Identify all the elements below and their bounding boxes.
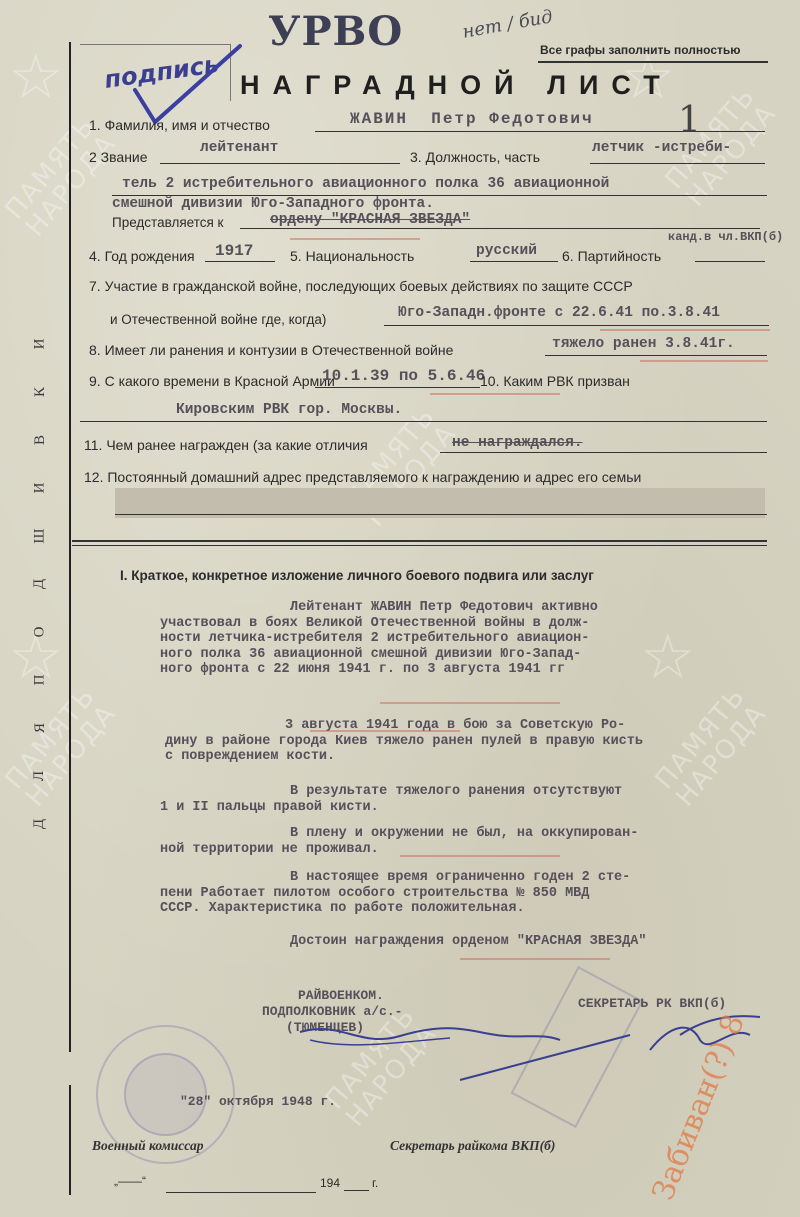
margin-line-lower bbox=[69, 1085, 71, 1195]
margin-letter: О bbox=[16, 627, 64, 638]
feat-line: ности летчика-истребителя 2 истребительн… bbox=[160, 631, 589, 646]
feat-line: пени Работает пилотом особого строительс… bbox=[160, 886, 589, 901]
field-6-label: 6. Партийность bbox=[562, 248, 661, 264]
section-divider bbox=[72, 540, 767, 542]
red-underline bbox=[640, 360, 768, 362]
feat-line: В настоящее время ограниченно годен 2 ст… bbox=[290, 870, 630, 885]
margin-letter: К bbox=[16, 387, 64, 397]
sig-left-line1: РАЙВОЕНКОМ. bbox=[298, 988, 384, 1003]
field-7-label-line1: 7. Участие в гражданской войне, последую… bbox=[89, 278, 633, 294]
margin-letter: Ш bbox=[16, 528, 64, 543]
watermark-star-icon: ☆ bbox=[640, 620, 696, 694]
fill-instruction: Все графы заполнить полностью bbox=[540, 43, 741, 57]
field-1-value: ЖАВИН Петр Федотович bbox=[350, 110, 594, 128]
blank-date-suffix: г. bbox=[372, 1176, 378, 1190]
feat-line: В результате тяжелого ранения отсутствую… bbox=[290, 784, 622, 799]
field-2-label: 2 Звание bbox=[89, 149, 148, 165]
margin-letter: Я bbox=[16, 723, 64, 733]
red-underline bbox=[290, 238, 420, 240]
field-9-line bbox=[315, 387, 480, 388]
field-5-label: 5. Национальность bbox=[290, 248, 414, 264]
margin-letter: И bbox=[16, 483, 64, 494]
field-9-value: 10.1.39 по 5.6.46 bbox=[322, 367, 485, 385]
field-4-line bbox=[205, 261, 275, 262]
field-12-label: 12. Постоянный домашний адрес представля… bbox=[84, 469, 641, 485]
red-underline bbox=[400, 855, 560, 857]
margin-letter: И bbox=[16, 339, 64, 350]
field-7-line bbox=[384, 325, 769, 326]
margin-line bbox=[69, 42, 71, 1052]
field-10-label: 10. Каким РВК призван bbox=[480, 373, 630, 389]
field-3-line bbox=[590, 163, 765, 164]
feat-line: ного фронта с 22 июня 1941 г. по 3 авгус… bbox=[160, 662, 565, 677]
nominated-value: ордену "КРАСНАЯ ЗВЕЗДА" bbox=[270, 212, 470, 228]
field-7-value: Юго-Западн.фронте с 22.6.41 по.3.8.41 bbox=[398, 305, 720, 321]
watermark-text: ПАМЯТЬНАРОДА bbox=[651, 682, 772, 812]
signing-date: "28" октября 1948 г. bbox=[180, 1094, 336, 1109]
page-title: НАГРАДНОЙ ЛИСТ bbox=[240, 70, 673, 101]
watermark-star-icon: ☆ bbox=[8, 40, 64, 114]
feat-line: с повреждением кости. bbox=[165, 749, 335, 764]
red-underline bbox=[430, 393, 560, 395]
feat-line: В плену и окружении не был, на оккупиров… bbox=[290, 826, 638, 841]
red-underline bbox=[310, 730, 460, 732]
field-1-label: 1. Фамилия, имя и отчество bbox=[89, 117, 270, 133]
feat-line: ного полка 36 авиационной смешной дивизи… bbox=[160, 647, 581, 662]
feat-line: Достоин награждения орденом "КРАСНАЯ ЗВЕ… bbox=[290, 934, 646, 949]
field-3-label: 3. Должность, часть bbox=[410, 149, 540, 165]
field-8-line bbox=[545, 355, 767, 356]
field-11-value: не награждался. bbox=[452, 435, 583, 451]
feat-heading: I. Краткое, конкретное изложение личного… bbox=[120, 568, 594, 583]
field-2-line bbox=[160, 163, 400, 164]
field-5-value: русский bbox=[476, 243, 537, 259]
label-military-commissar: Военный комиссар bbox=[92, 1138, 203, 1154]
urvo-handwritten: УРВО bbox=[268, 8, 403, 55]
section-divider-2 bbox=[72, 545, 767, 546]
margin-vertical-label: ИКВИШДОПЯЛД bbox=[32, 320, 47, 848]
red-underline bbox=[380, 702, 560, 704]
field-11-line bbox=[440, 452, 767, 453]
feat-line: СССР. Характеристика по работе положител… bbox=[160, 901, 525, 916]
feat-line: Лейтенант ЖАВИН Петр Федотович активно bbox=[290, 600, 598, 615]
margin-letter: П bbox=[16, 675, 64, 686]
margin-letter: Д bbox=[16, 819, 64, 829]
label-party-secretary: Секретарь райкома ВКП(б) bbox=[390, 1138, 555, 1154]
blank-year-line bbox=[344, 1190, 369, 1191]
nominated-label: Представляется к bbox=[112, 215, 223, 230]
corner-handwritten: нет / бид bbox=[461, 6, 554, 42]
feat-line: участвовал в боях Великой Отечественной … bbox=[160, 616, 589, 631]
margin-letter: Л bbox=[16, 771, 64, 781]
field-2-value: лейтенант bbox=[200, 140, 278, 156]
field-3-value-line3: смешной дивизии Юго-Западного фронта. bbox=[112, 196, 434, 212]
instruction-underline bbox=[538, 61, 768, 63]
party-note: канд.в чл.ВКП(б) bbox=[668, 230, 783, 244]
nominated-line bbox=[240, 228, 760, 229]
field-7-label-line2: и Отечественной войне где, когда) bbox=[110, 312, 326, 327]
field-4-label: 4. Год рождения bbox=[89, 248, 195, 264]
blank-date-prefix: „——“ bbox=[114, 1174, 146, 1188]
field-10-value: Кировским РВК гор. Москвы. bbox=[176, 402, 402, 418]
red-underline bbox=[600, 329, 770, 331]
field-5-line bbox=[470, 261, 558, 262]
field-4-value: 1917 bbox=[215, 242, 253, 260]
feat-line: ной территории не проживал. bbox=[160, 842, 379, 857]
red-underline bbox=[460, 958, 610, 960]
field-10-line bbox=[80, 421, 767, 422]
field-12-line bbox=[115, 514, 767, 515]
field-3-value-line2: тель 2 истребительного авиационного полк… bbox=[122, 176, 609, 192]
margin-letter: Д bbox=[16, 579, 64, 589]
blank-date-year: 194 bbox=[320, 1176, 340, 1190]
watermark-text: ПАМЯТЬНАРОДА bbox=[1, 682, 122, 812]
number-handwritten: 1 bbox=[678, 100, 701, 141]
feat-line: дину в районе города Киев тяжело ранен п… bbox=[165, 734, 643, 749]
field-8-value: тяжело ранен 3.8.41г. bbox=[552, 336, 735, 352]
feat-line: 1 и II пальцы правой кисти. bbox=[160, 800, 379, 815]
field-8-label: 8. Имеет ли ранения и контузии в Отечест… bbox=[89, 342, 453, 358]
field-9-label: 9. С какого времени в Красной Армии bbox=[89, 373, 335, 389]
margin-letter: В bbox=[16, 435, 64, 445]
blank-date-line bbox=[166, 1192, 316, 1193]
field-3-value-line1: летчик -истреби- bbox=[592, 140, 731, 156]
field-11-label: 11. Чем ранее награжден (за какие отличи… bbox=[84, 437, 368, 453]
field-6-line bbox=[695, 261, 765, 262]
